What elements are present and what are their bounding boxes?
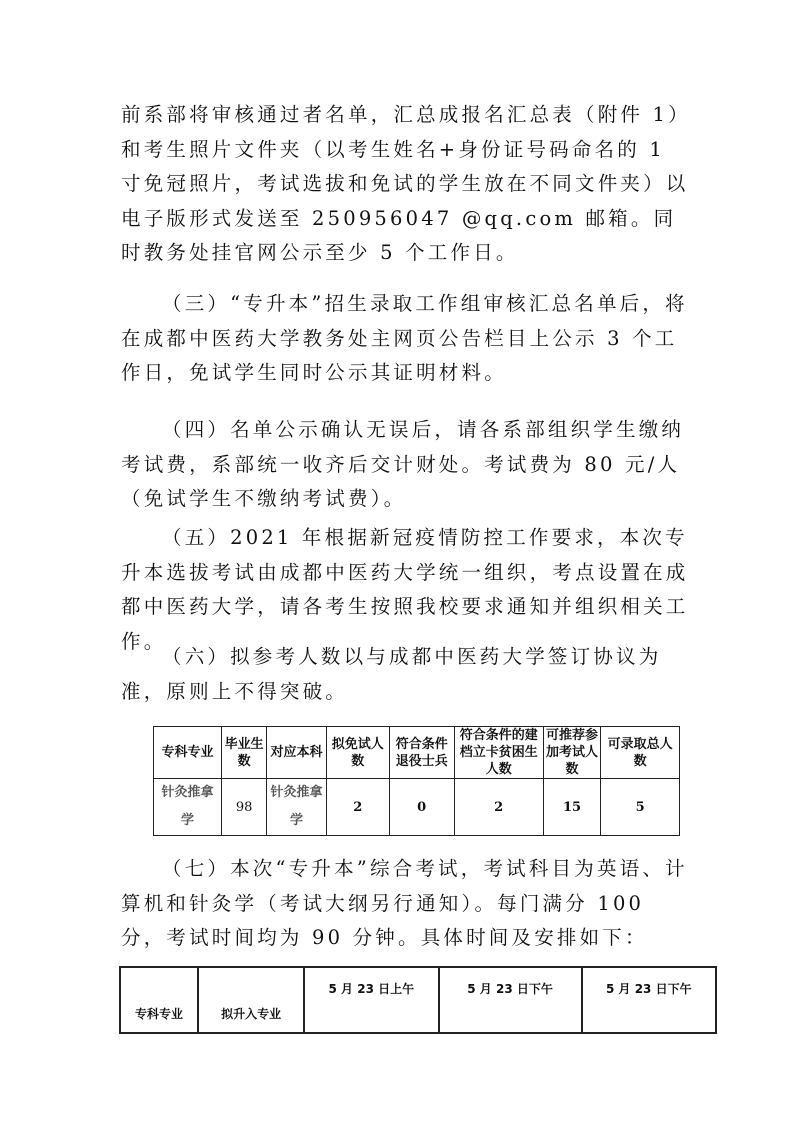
schedule-table: 专科专业 拟升入专业 5 月 23 日上午 5 月 23 日下午 5 月 23 …	[119, 966, 717, 1034]
quota-table-header: 专科专业 毕业生数 对应本科 拟免试人数 符合条件退役士兵 符合条件的建档立卡贫…	[154, 727, 680, 779]
cell-target-major: 针灸推拿学	[267, 779, 327, 836]
header-cell: 可录取总人数	[601, 727, 680, 779]
header-cell: 5 月 23 日下午	[439, 967, 582, 1033]
paragraph-item-4: （四）名单公示确认无误后，请各系部组织学生缴纳考试费，系部统一收齐后交计财处。考…	[121, 413, 691, 517]
cell-exempt: 2	[326, 779, 389, 836]
cell-graduates: 98	[222, 779, 267, 836]
cell-recommend: 15	[543, 779, 601, 836]
paragraph-item-3: （三）“专升本”招生录取工作组审核汇总名单后，将在成都中医药大学教务处主网页公告…	[121, 287, 691, 391]
paragraph-item-5: （五）2021 年根据新冠疫情防控工作要求，本次专升本选拔考试由成都中医药大学统…	[121, 521, 691, 659]
paragraph-item-6: （六）拟参考人数以与成都中医药大学签订协议为准，原则上不得突破。	[121, 640, 691, 709]
header-cell: 可推荐参加考试人数	[543, 727, 601, 779]
quota-table: 专科专业 毕业生数 对应本科 拟免试人数 符合条件退役士兵 符合条件的建档立卡贫…	[153, 726, 680, 836]
schedule-table-header: 专科专业 拟升入专业 5 月 23 日上午 5 月 23 日下午 5 月 23 …	[120, 967, 716, 1033]
header-cell: 拟升入专业	[198, 967, 304, 1033]
header-cell: 5 月 23 日上午	[304, 967, 438, 1033]
paragraph-item-7: （七）本次“专升本”综合考试，考试科目为英语、计算机和针灸学（考试大纲另行通知）…	[121, 852, 691, 956]
paragraph-continuation: 前系部将审核通过者名单，汇总成报名汇总表（附件 1）和考生照片文件夹（以考生姓名…	[121, 98, 691, 271]
cell-veterans: 0	[389, 779, 454, 836]
header-cell: 毕业生数	[222, 727, 267, 779]
table-row: 针灸推拿学 98 针灸推拿学 2 0 2 15 5	[154, 779, 680, 836]
cell-poverty: 2	[454, 779, 543, 836]
header-cell: 专科专业	[154, 727, 222, 779]
header-cell: 对应本科	[267, 727, 327, 779]
header-cell: 拟免试人数	[326, 727, 389, 779]
header-cell: 5 月 23 日下午	[582, 967, 716, 1033]
cell-admit-total: 5	[601, 779, 680, 836]
header-cell: 符合条件退役士兵	[389, 727, 454, 779]
header-cell: 专科专业	[120, 967, 198, 1033]
cell-major: 针灸推拿学	[154, 779, 222, 836]
header-cell: 符合条件的建档立卡贫困生人数	[454, 727, 543, 779]
